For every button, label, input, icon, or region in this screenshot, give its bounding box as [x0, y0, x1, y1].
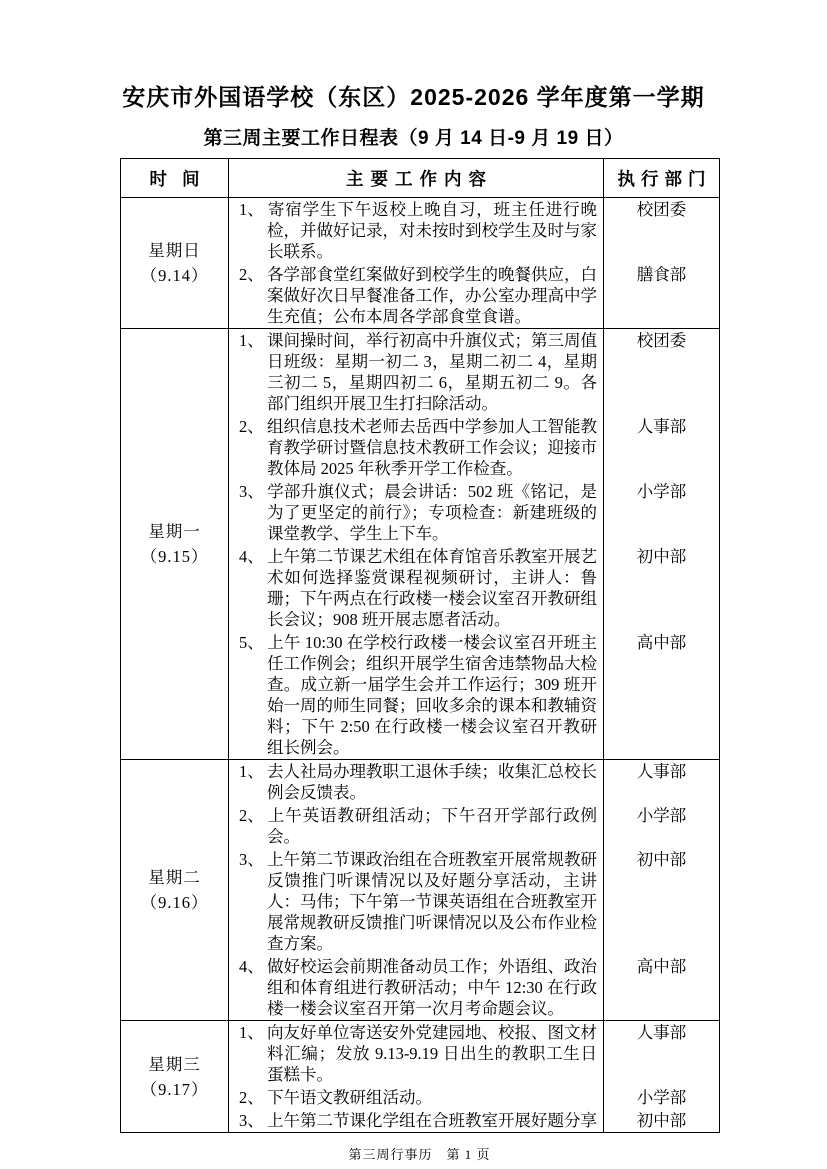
task-item: 2、上午英语教研组活动；下午召开学部行政例会。	[239, 805, 597, 847]
day-cell: 星期二（9.16）	[121, 760, 229, 1021]
item-text: 做好校运会前期准备动员工作；外语组、政治组和体育组进行教研活动；中午 12:30…	[267, 957, 597, 1018]
day-date: （9.17）	[123, 1077, 226, 1102]
dept-cell: 小学部	[604, 480, 720, 545]
schedule-item-row: 星期三（9.17）1、向友好单位寄送安外党建园地、校报、图文材料汇编；发放 9.…	[121, 1021, 720, 1087]
task-item: 1、去人社局办理教职工退休手续；收集汇总校长例会反馈表。	[239, 761, 597, 803]
task-item: 2、组织信息技术老师去岳西中学参加人工智能教育教学研讨暨信息技术教研工作会议；迎…	[239, 416, 597, 479]
task-cell: 5、上午 10:30 在学校行政楼一楼会议室召开班主任工作例会；组织开展学生宿舍…	[229, 631, 604, 760]
task-item: 4、上午第二节课艺术组在体育馆音乐教室开展艺术如何选择鉴赏课程视频研讨，主讲人：…	[239, 546, 597, 630]
schedule-item-row: 星期日（9.14）1、寄宿学生下午返校上晚自习，班主任进行晚检，并做好记录，对未…	[121, 198, 720, 264]
col-header-dept: 执行部门	[604, 159, 720, 198]
header-row: 时间 主要工作内容 执行部门	[121, 159, 720, 198]
item-text: 上午 10:30 在学校行政楼一楼会议室召开班主任工作例会；组织开展学生宿舍违禁…	[267, 633, 597, 757]
item-text: 课间操时间，举行初高中升旗仪式；第三周值日班级：星期一初二 3，星期二初二 4，…	[267, 331, 597, 413]
task-item: 3、学部升旗仪式；晨会讲话：502 班《铭记，是为了更坚定的前行》；专项检查：新…	[239, 481, 597, 544]
page-subtitle: 第三周主要工作日程表（9 月 14 日-9 月 19 日）	[0, 128, 827, 150]
task-cell: 1、课间操时间，举行初高中升旗仪式；第三周值日班级：星期一初二 3，星期二初二 …	[229, 329, 604, 416]
item-number: 2、	[239, 416, 267, 437]
item-number: 1、	[239, 1022, 267, 1043]
day-date: （9.15）	[123, 544, 226, 569]
task-cell: 3、上午第二节课政治组在合班教室开展常规教研反馈推门听课情况以及好题分享活动，主…	[229, 848, 604, 955]
task-item: 1、寄宿学生下午返校上晚自习，班主任进行晚检，并做好记录，对未按时到校学生及时与…	[239, 199, 597, 262]
dept-cell: 人事部	[604, 1021, 720, 1087]
item-text: 上午第二节课政治组在合班教室开展常规教研反馈推门听课情况以及好题分享活动，主讲人…	[267, 850, 597, 953]
dept-cell: 人事部	[604, 415, 720, 480]
dept-cell: 高中部	[604, 631, 720, 760]
item-number: 1、	[239, 761, 267, 782]
task-item: 1、课间操时间，举行初高中升旗仪式；第三周值日班级：星期一初二 3，星期二初二 …	[239, 330, 597, 414]
dept-cell: 小学部	[604, 1086, 720, 1109]
task-cell: 1、向友好单位寄送安外党建园地、校报、图文材料汇编；发放 9.13-9.19 日…	[229, 1021, 604, 1087]
task-cell: 2、组织信息技术老师去岳西中学参加人工智能教育教学研讨暨信息技术教研工作会议；迎…	[229, 415, 604, 480]
item-text: 上午第二节课化学组在合班教室开展好题分享	[267, 1111, 597, 1130]
day-name: 星期二	[123, 865, 226, 890]
task-cell: 2、上午英语教研组活动；下午召开学部行政例会。	[229, 804, 604, 848]
day-cell: 星期三（9.17）	[121, 1021, 229, 1133]
col-header-time: 时间	[121, 159, 229, 198]
day-date: （9.14）	[123, 263, 226, 288]
page-title: 安庆市外国语学校（东区）2025-2026 学年度第一学期	[0, 84, 827, 110]
task-item: 2、下午语文教研组活动。	[239, 1087, 597, 1108]
day-name: 星期一	[123, 519, 226, 544]
item-number: 1、	[239, 199, 267, 220]
item-number: 3、	[239, 849, 267, 870]
task-cell: 4、做好校运会前期准备动员工作；外语组、政治组和体育组进行教研活动；中午 12:…	[229, 955, 604, 1021]
task-cell: 4、上午第二节课艺术组在体育馆音乐教室开展艺术如何选择鉴赏课程视频研讨，主讲人：…	[229, 545, 604, 631]
dept-cell: 高中部	[604, 955, 720, 1021]
task-item: 3、上午第二节课化学组在合班教室开展好题分享	[239, 1110, 597, 1131]
item-number: 2、	[239, 264, 267, 285]
item-number: 3、	[239, 1110, 267, 1131]
schedule-item-row: 星期二（9.16）1、去人社局办理教职工退休手续；收集汇总校长例会反馈表。人事部	[121, 760, 720, 805]
item-number: 3、	[239, 481, 267, 502]
schedule-body: 星期日（9.14）1、寄宿学生下午返校上晚自习，班主任进行晚检，并做好记录，对未…	[121, 198, 720, 1133]
item-text: 上午第二节课艺术组在体育馆音乐教室开展艺术如何选择鉴赏课程视频研讨，主讲人：鲁珊…	[267, 547, 597, 629]
item-text: 学部升旗仪式；晨会讲话：502 班《铭记，是为了更坚定的前行》；专项检查：新建班…	[267, 482, 597, 543]
day-cell: 星期日（9.14）	[121, 198, 229, 329]
item-text: 各学部食堂红案做好到校学生的晚餐供应，白案做好次日早餐准备工作，办公室办理高中学…	[267, 265, 597, 326]
item-number: 1、	[239, 330, 267, 351]
dept-cell: 校团委	[604, 329, 720, 416]
item-number: 4、	[239, 956, 267, 977]
task-item: 2、各学部食堂红案做好到校学生的晚餐供应，白案做好次日早餐准备工作，办公室办理高…	[239, 264, 597, 327]
item-text: 下午语文教研组活动。	[267, 1088, 432, 1107]
item-number: 5、	[239, 632, 267, 653]
day-name: 星期三	[123, 1052, 226, 1077]
day-cell: 星期一（9.15）	[121, 329, 229, 760]
col-header-content: 主要工作内容	[229, 159, 604, 198]
item-text: 上午英语教研组活动；下午召开学部行政例会。	[267, 806, 597, 846]
task-cell: 3、学部升旗仪式；晨会讲话：502 班《铭记，是为了更坚定的前行》；专项检查：新…	[229, 480, 604, 545]
schedule-item-row: 星期一（9.15）1、课间操时间，举行初高中升旗仪式；第三周值日班级：星期一初二…	[121, 329, 720, 416]
day-name: 星期日	[123, 238, 226, 263]
task-item: 1、向友好单位寄送安外党建园地、校报、图文材料汇编；发放 9.13-9.19 日…	[239, 1022, 597, 1085]
item-text: 去人社局办理教职工退休手续；收集汇总校长例会反馈表。	[267, 762, 597, 802]
schedule-table: 时间 主要工作内容 执行部门 星期日（9.14）1、寄宿学生下午返校上晚自习，班…	[120, 158, 720, 1133]
task-cell: 2、下午语文教研组活动。	[229, 1086, 604, 1109]
task-cell: 3、上午第二节课化学组在合班教室开展好题分享	[229, 1109, 604, 1133]
page-footer: 第三周行事历 第 1 页	[120, 1144, 719, 1163]
item-text: 向友好单位寄送安外党建园地、校报、图文材料汇编；发放 9.13-9.19 日出生…	[267, 1023, 597, 1084]
dept-cell: 膳食部	[604, 263, 720, 329]
dept-cell: 校团委	[604, 198, 720, 264]
task-cell: 1、寄宿学生下午返校上晚自习，班主任进行晚检，并做好记录，对未按时到校学生及时与…	[229, 198, 604, 264]
page: 安庆市外国语学校（东区）2025-2026 学年度第一学期 第三周主要工作日程表…	[0, 0, 827, 1169]
dept-cell: 初中部	[604, 848, 720, 955]
item-number: 4、	[239, 546, 267, 567]
dept-cell: 人事部	[604, 760, 720, 805]
item-text: 寄宿学生下午返校上晚自习，班主任进行晚检，并做好记录，对未按时到校学生及时与家长…	[267, 200, 597, 261]
task-cell: 1、去人社局办理教职工退休手续；收集汇总校长例会反馈表。	[229, 760, 604, 805]
task-item: 5、上午 10:30 在学校行政楼一楼会议室召开班主任工作例会；组织开展学生宿舍…	[239, 632, 597, 758]
item-number: 2、	[239, 805, 267, 826]
item-text: 组织信息技术老师去岳西中学参加人工智能教育教学研讨暨信息技术教研工作会议；迎接市…	[267, 417, 597, 478]
item-number: 2、	[239, 1087, 267, 1108]
task-item: 4、做好校运会前期准备动员工作；外语组、政治组和体育组进行教研活动；中午 12:…	[239, 956, 597, 1019]
dept-cell: 初中部	[604, 545, 720, 631]
dept-cell: 初中部	[604, 1109, 720, 1133]
day-date: （9.16）	[123, 890, 226, 915]
task-cell: 2、各学部食堂红案做好到校学生的晚餐供应，白案做好次日早餐准备工作，办公室办理高…	[229, 263, 604, 329]
task-item: 3、上午第二节课政治组在合班教室开展常规教研反馈推门听课情况以及好题分享活动，主…	[239, 849, 597, 954]
dept-cell: 小学部	[604, 804, 720, 848]
